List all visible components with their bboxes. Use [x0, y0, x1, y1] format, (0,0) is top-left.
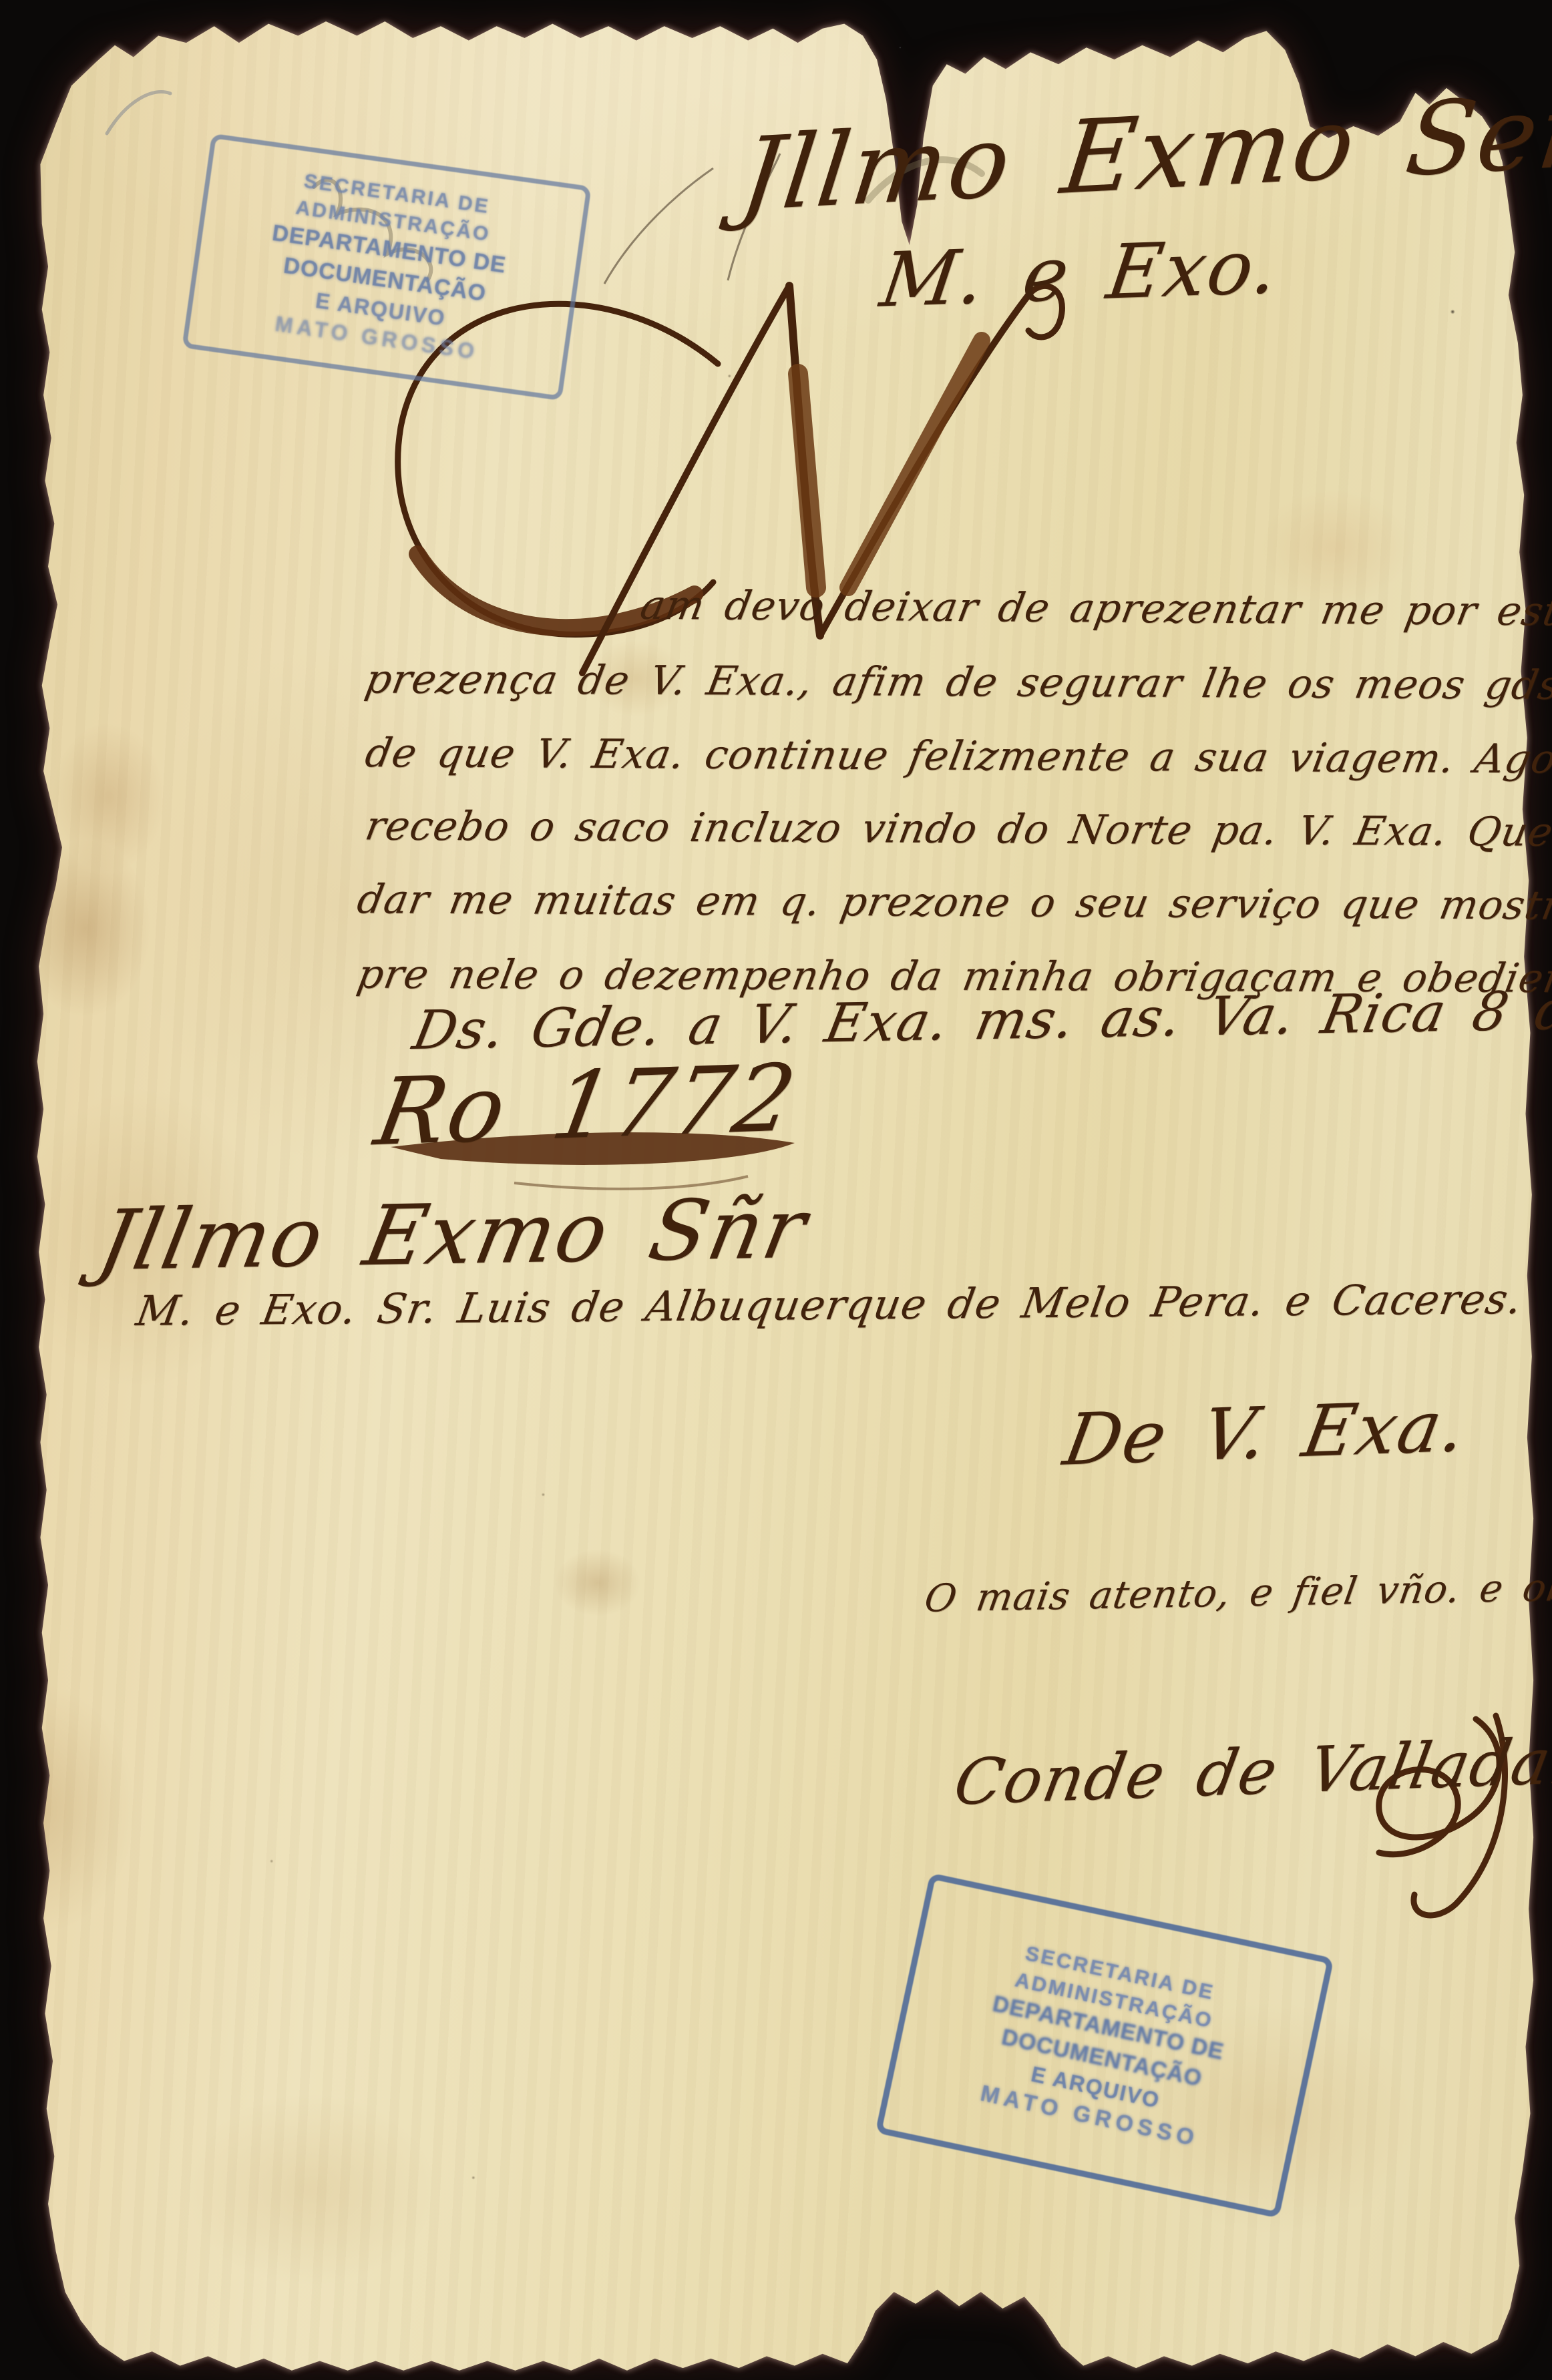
body-line: recebo o saco incluzo vindo do Norte pa.… — [362, 802, 1552, 857]
body-line: de que V. Exa. continue felizmente a sua… — [362, 730, 1552, 783]
body-line: prezença de V. Exa., afim de segurar lhe… — [362, 656, 1552, 710]
salutation-line2: M. e Exo. — [876, 223, 1284, 324]
courtesy-line: De V. Exa. — [1058, 1385, 1473, 1481]
body-line: am devo deixar de aprezentar me por este… — [637, 582, 1552, 637]
body-line: dar me muitas em q. prezone o seu serviç… — [354, 876, 1552, 930]
dateline: Ro 1772 — [368, 1044, 805, 1167]
scanned-document-page: Secretaria de Administração Departamento… — [0, 0, 1552, 2380]
address-line1: Jllmo Exmo Sñr — [91, 1181, 815, 1290]
